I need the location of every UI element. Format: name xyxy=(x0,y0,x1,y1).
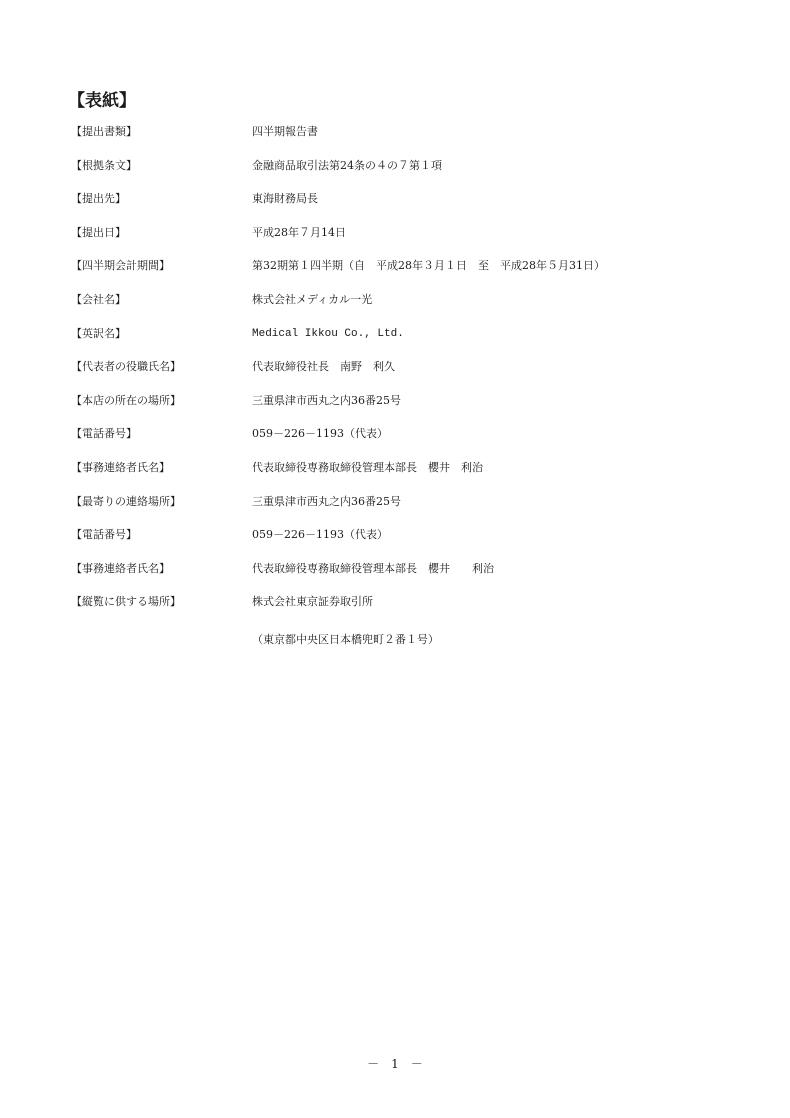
label: 【提出先】 xyxy=(71,189,241,209)
label: 【会社名】 xyxy=(71,290,241,310)
label: 【電話番号】 xyxy=(71,525,241,545)
label: 【提出書類】 xyxy=(71,122,241,142)
page-number: － 1 － xyxy=(0,1055,790,1072)
label: 【事務連絡者氏名】 xyxy=(71,559,241,579)
value: Medical Ikkou Co., Ltd. xyxy=(252,324,404,344)
label: 【最寄りの連絡場所】 xyxy=(71,492,241,512)
value: 平成28年７月14日 xyxy=(252,223,346,243)
label: 【四半期会計期間】 xyxy=(71,256,241,276)
value: 株式会社メディカル一光 xyxy=(252,290,372,310)
label: 【本店の所在の場所】 xyxy=(71,391,241,411)
label: 【英訳名】 xyxy=(71,324,241,344)
value: 東海財務局長 xyxy=(252,189,318,209)
value: 代表取締役専務取締役管理本部長 櫻井 利治 xyxy=(252,458,483,478)
value: 金融商品取引法第24条の４の７第１項 xyxy=(252,156,442,176)
label: 【根拠条文】 xyxy=(71,156,241,176)
inspection-location-address: （東京都中央区日本橋兜町２番１号） xyxy=(252,630,439,650)
label: 【電話番号】 xyxy=(71,424,241,444)
value: 四半期報告書 xyxy=(252,122,318,142)
value: 第32期第１四半期（自 平成28年３月１日 至 平成28年５月31日） xyxy=(252,256,605,276)
value: 代表取締役専務取締役管理本部長 櫻井 利治 xyxy=(252,559,494,579)
value: 株式会社東京証券取引所 xyxy=(252,592,373,612)
label: 【縦覧に供する場所】 xyxy=(71,592,241,612)
value: 三重県津市西丸之内36番25号 xyxy=(252,391,401,411)
label: 【提出日】 xyxy=(71,223,241,243)
value: 059－226－1193（代表） xyxy=(252,424,388,444)
value: 三重県津市西丸之内36番25号 xyxy=(252,492,401,512)
page-title: 【表紙】 xyxy=(68,86,136,111)
value: 代表取締役社長 南野 利久 xyxy=(252,357,395,377)
value: 059－226－1193（代表） xyxy=(252,525,388,545)
label: 【代表者の役職氏名】 xyxy=(71,357,241,377)
label: 【事務連絡者氏名】 xyxy=(71,458,241,478)
